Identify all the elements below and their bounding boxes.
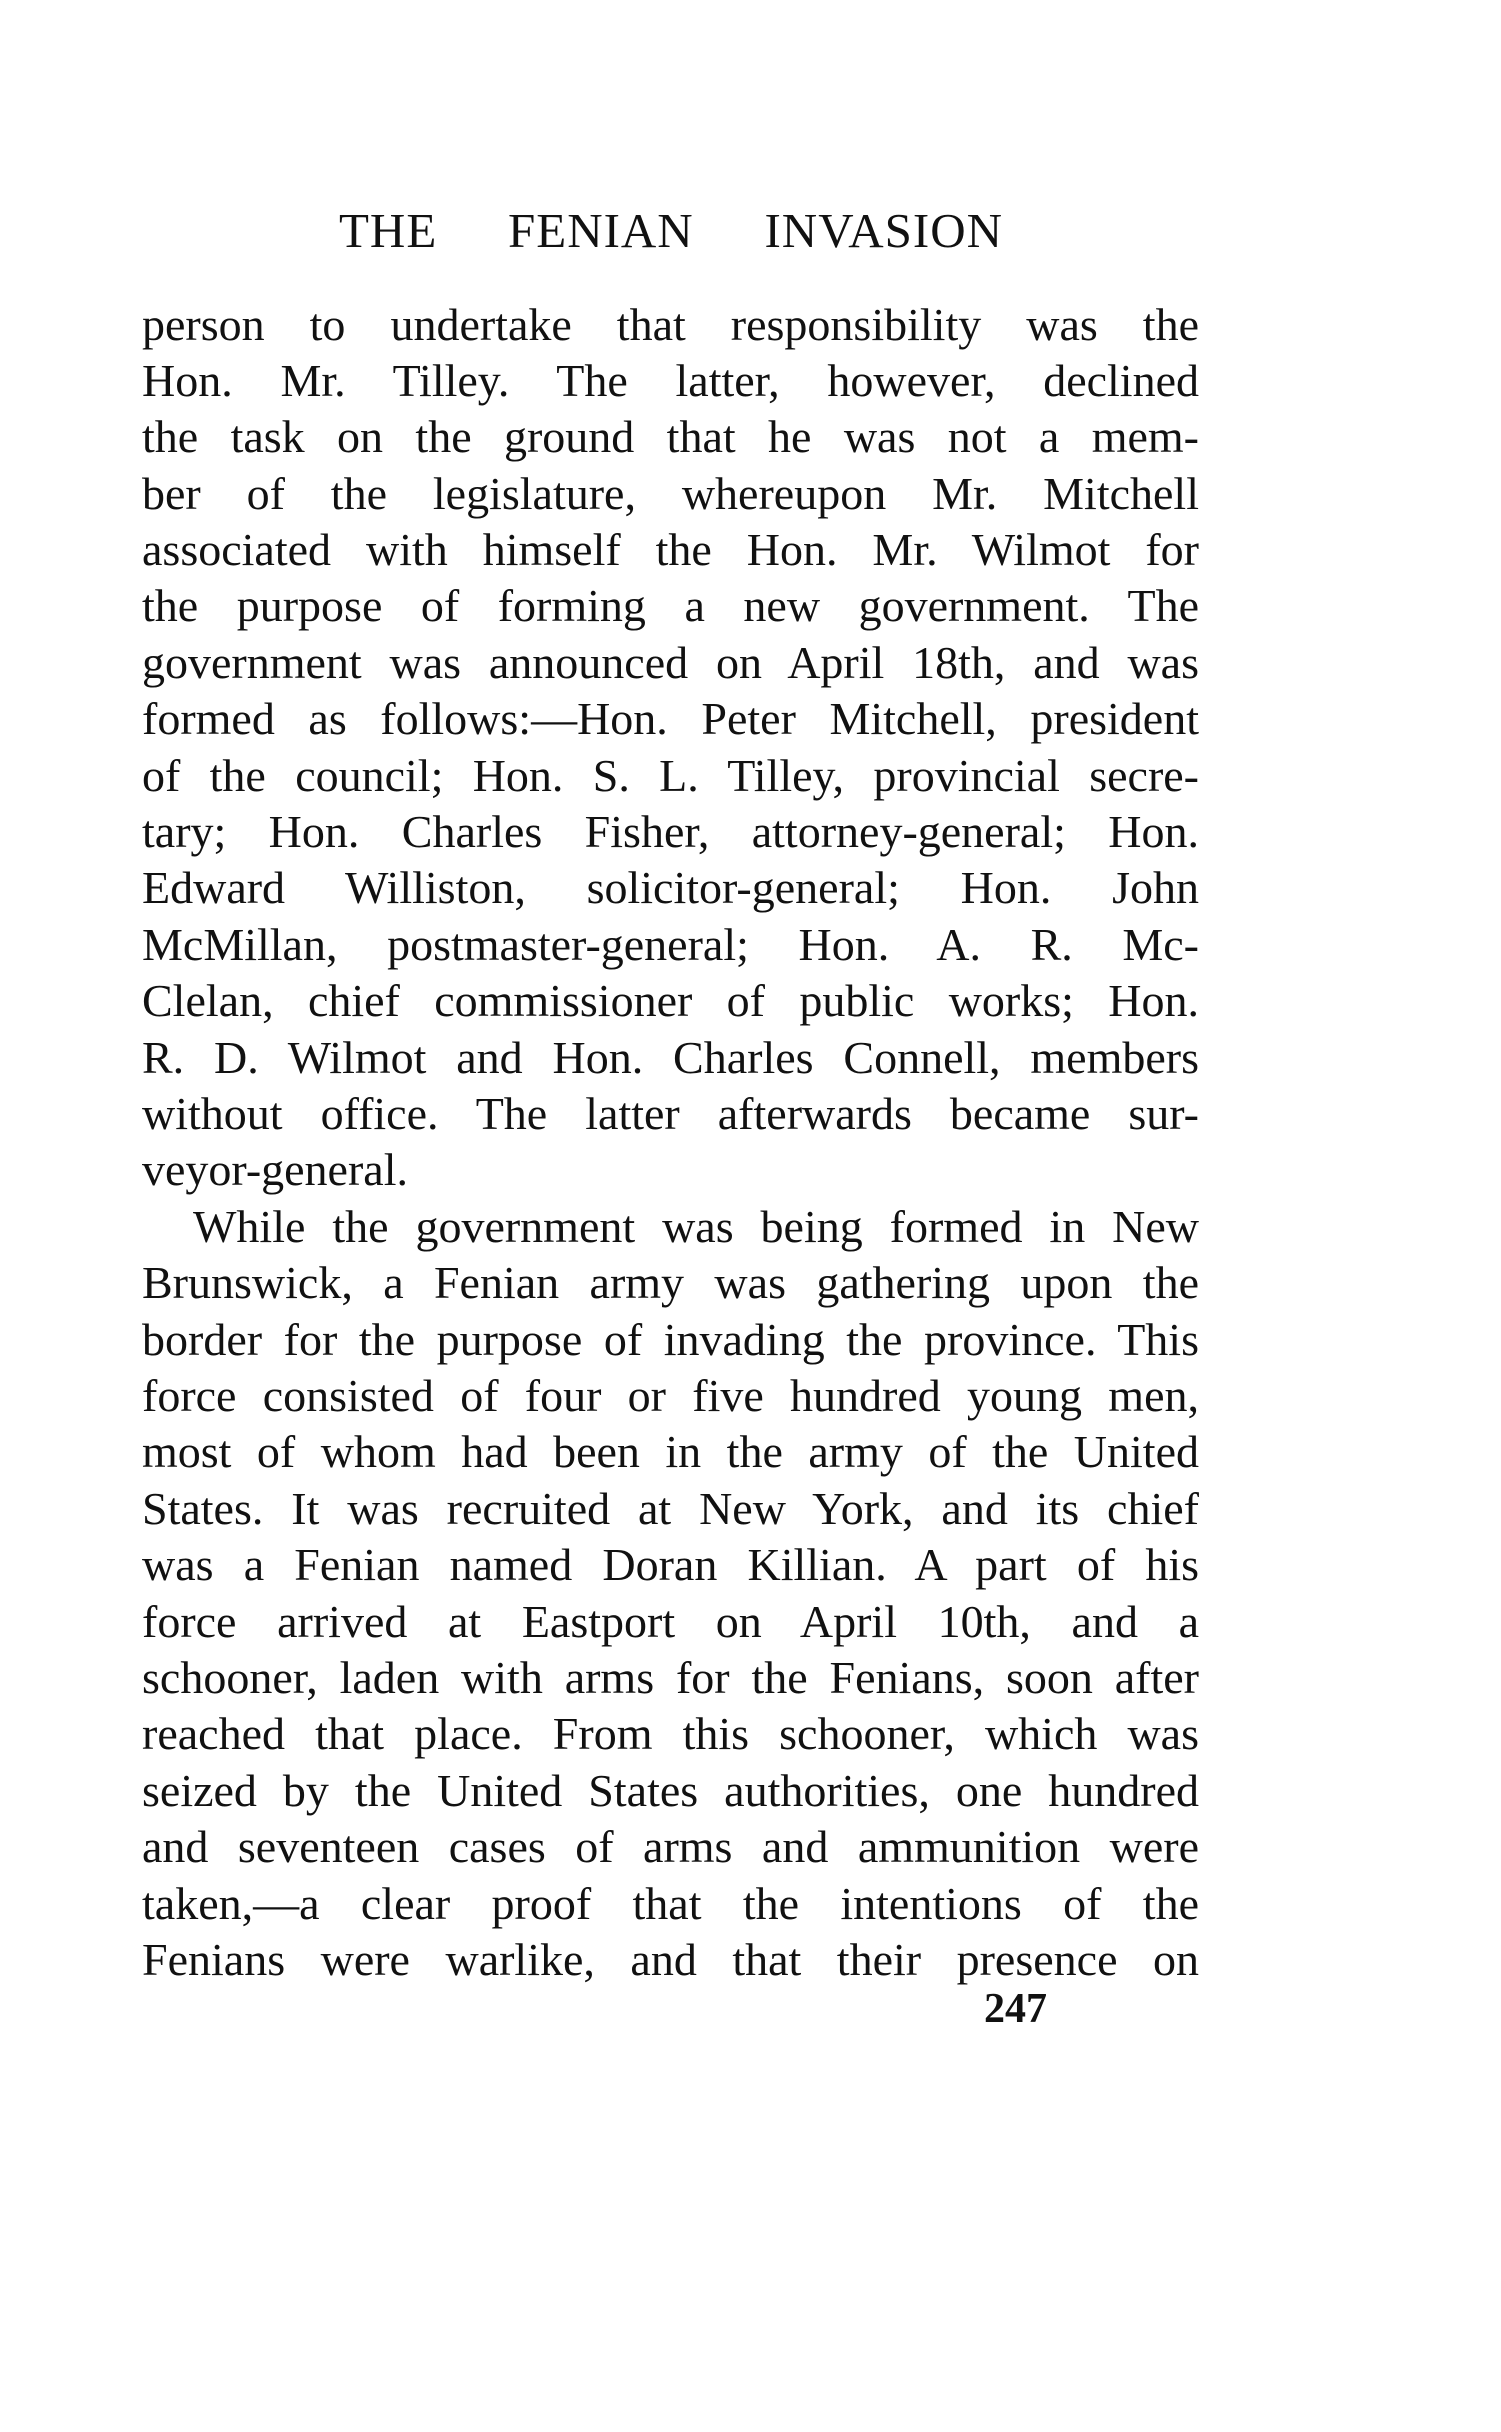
text-line: McMillan, postmaster-general; Hon. A. R.… bbox=[142, 917, 1199, 973]
text-line: schooner, laden with arms for the Fenian… bbox=[142, 1650, 1199, 1706]
text-line: border for the purpose of invading the p… bbox=[142, 1312, 1199, 1368]
text-line: Fenians were warlike, and that their pre… bbox=[142, 1932, 1199, 1988]
text-line: associated with himself the Hon. Mr. Wil… bbox=[142, 522, 1199, 578]
text-line: force consisted of four or five hundred … bbox=[142, 1368, 1199, 1424]
text-line: force arrived at Eastport on April 10th,… bbox=[142, 1594, 1199, 1650]
running-head-word: INVASION bbox=[764, 206, 1003, 256]
text-line: government was announced on April 18th, … bbox=[142, 635, 1199, 691]
text-line: While the government was being formed in… bbox=[193, 1199, 1199, 1255]
text-line: ber of the legislature, whereupon Mr. Mi… bbox=[142, 466, 1199, 522]
running-head-word: FENIAN bbox=[508, 206, 694, 256]
text-line: taken,—a clear proof that the intentions… bbox=[142, 1876, 1199, 1932]
text-line: and seventeen cases of arms and ammuniti… bbox=[142, 1819, 1199, 1875]
text-line: the task on the ground that he was not a… bbox=[142, 409, 1199, 465]
text-line: Brunswick, a Fenian army was gathering u… bbox=[142, 1255, 1199, 1311]
text-line: Hon. Mr. Tilley. The latter, however, de… bbox=[142, 353, 1199, 409]
text-line: reached that place. From this schooner, … bbox=[142, 1706, 1199, 1762]
text-line: was a Fenian named Doran Killian. A part… bbox=[142, 1537, 1199, 1593]
book-page: THE FENIAN INVASION person to undertake … bbox=[0, 0, 1501, 2432]
text-line: tary; Hon. Charles Fisher, attorney-gene… bbox=[142, 804, 1199, 860]
text-line: person to undertake that responsibility … bbox=[142, 297, 1199, 353]
running-head: THE FENIAN INVASION bbox=[339, 206, 1003, 256]
text-line: most of whom had been in the army of the… bbox=[142, 1424, 1199, 1480]
text-line: seized by the United States authorities,… bbox=[142, 1763, 1199, 1819]
text-line: R. D. Wilmot and Hon. Charles Connell, m… bbox=[142, 1030, 1199, 1086]
running-head-word: THE bbox=[339, 206, 437, 256]
text-line: Clelan, chief commissioner of public wor… bbox=[142, 973, 1199, 1029]
page-number: 247 bbox=[984, 1985, 1054, 2033]
text-line: States. It was recruited at New York, an… bbox=[142, 1481, 1199, 1537]
text-line: veyor-general. bbox=[142, 1142, 1199, 1198]
text-line: without office. The latter afterwards be… bbox=[142, 1086, 1199, 1142]
text-line: Edward Williston, solicitor-general; Hon… bbox=[142, 860, 1199, 916]
text-line: the purpose of forming a new government.… bbox=[142, 578, 1199, 634]
text-line: of the council; Hon. S. L. Tilley, provi… bbox=[142, 748, 1199, 804]
text-line: formed as follows:—Hon. Peter Mitchell, … bbox=[142, 691, 1199, 747]
